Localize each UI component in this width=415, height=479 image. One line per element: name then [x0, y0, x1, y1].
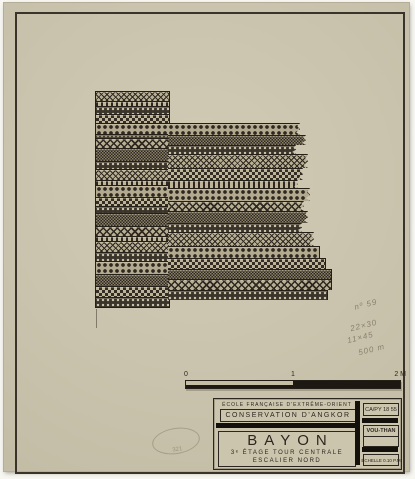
ornament-band [168, 145, 296, 154]
divider-bar [216, 423, 356, 428]
ornament-band [168, 269, 332, 279]
scale-segment-1-2 [293, 381, 400, 388]
left-molding-column [95, 91, 170, 308]
ornament-band [96, 241, 169, 252]
title-block-right-column: CA/PY 18 55 VOU-THAN ÉCHELLE 0.10 P.M [362, 399, 399, 469]
ornament-band [168, 232, 314, 246]
ornament-band [168, 123, 300, 135]
divider-bar [362, 447, 398, 452]
organization-name: CONSERVATION D'ANGKOR [220, 409, 356, 422]
ornament-band [168, 180, 298, 188]
graphic-scale-bar: 0 1 2 M [185, 380, 401, 389]
ornament-band [168, 154, 308, 168]
stamp-number: 321 [172, 446, 183, 453]
ornament-band [168, 188, 310, 201]
ornament-band [168, 168, 303, 180]
ornament-band [96, 226, 169, 236]
drawing-sheet: nº 59 22×30 11×45 500 m 321 0 1 2 M ÉCOL… [4, 3, 409, 471]
drawing-reference: CA/PY 18 55 [363, 403, 399, 416]
ornament-band [96, 91, 169, 101]
divider-bar [355, 401, 360, 465]
scale-tick-label: 0 [184, 371, 188, 378]
ornament-band [96, 286, 169, 297]
ornament-band [96, 197, 169, 206]
ornament-band [168, 223, 302, 232]
ornament-band [96, 252, 169, 261]
ornament-band [168, 135, 306, 145]
ornament-band [168, 258, 326, 269]
institution-name: ÉCOLE FRANÇAISE D'EXTRÊME-ORIENT [218, 402, 356, 408]
monument-title: BAYON [240, 434, 333, 448]
ornament-band [96, 138, 169, 148]
right-cornice-section [168, 123, 336, 300]
title-block: ÉCOLE FRANÇAISE D'EXTRÊME-ORIENT CONSERV… [213, 398, 402, 470]
ornament-band [96, 274, 169, 286]
scale-tick-label: 2 M [394, 371, 406, 378]
title-panel: BAYON 3ᵉ ÉTAGE TOUR CENTRALE ESCALIER NO… [218, 431, 356, 467]
ornament-band [168, 290, 328, 300]
ornament-band [96, 169, 169, 180]
ornament-band [168, 211, 308, 223]
ornament-band [96, 261, 169, 274]
ornament-band [96, 185, 169, 197]
empty-cell [363, 436, 399, 447]
ornament-band [96, 123, 169, 134]
ornament-band [168, 279, 332, 290]
scale-tick-label: 1 [291, 371, 295, 378]
subtitle-detail: ESCALIER NORD [253, 458, 322, 464]
ornament-band [96, 161, 169, 169]
ornament-band [96, 106, 169, 114]
ornament-band [96, 148, 169, 161]
subtitle-location: 3ᵉ ÉTAGE TOUR CENTRALE [231, 450, 343, 456]
ornament-band [96, 297, 169, 307]
divider-bar [362, 418, 398, 423]
ornament-band [168, 201, 304, 211]
axis-line [96, 309, 97, 328]
scale-note: ÉCHELLE 0.10 P.M [363, 454, 399, 466]
ornament-band [96, 206, 169, 213]
ornament-band [96, 114, 169, 123]
scale-segment-0-1 [186, 385, 293, 388]
ornament-band [96, 213, 169, 226]
ornament-band [168, 246, 320, 258]
